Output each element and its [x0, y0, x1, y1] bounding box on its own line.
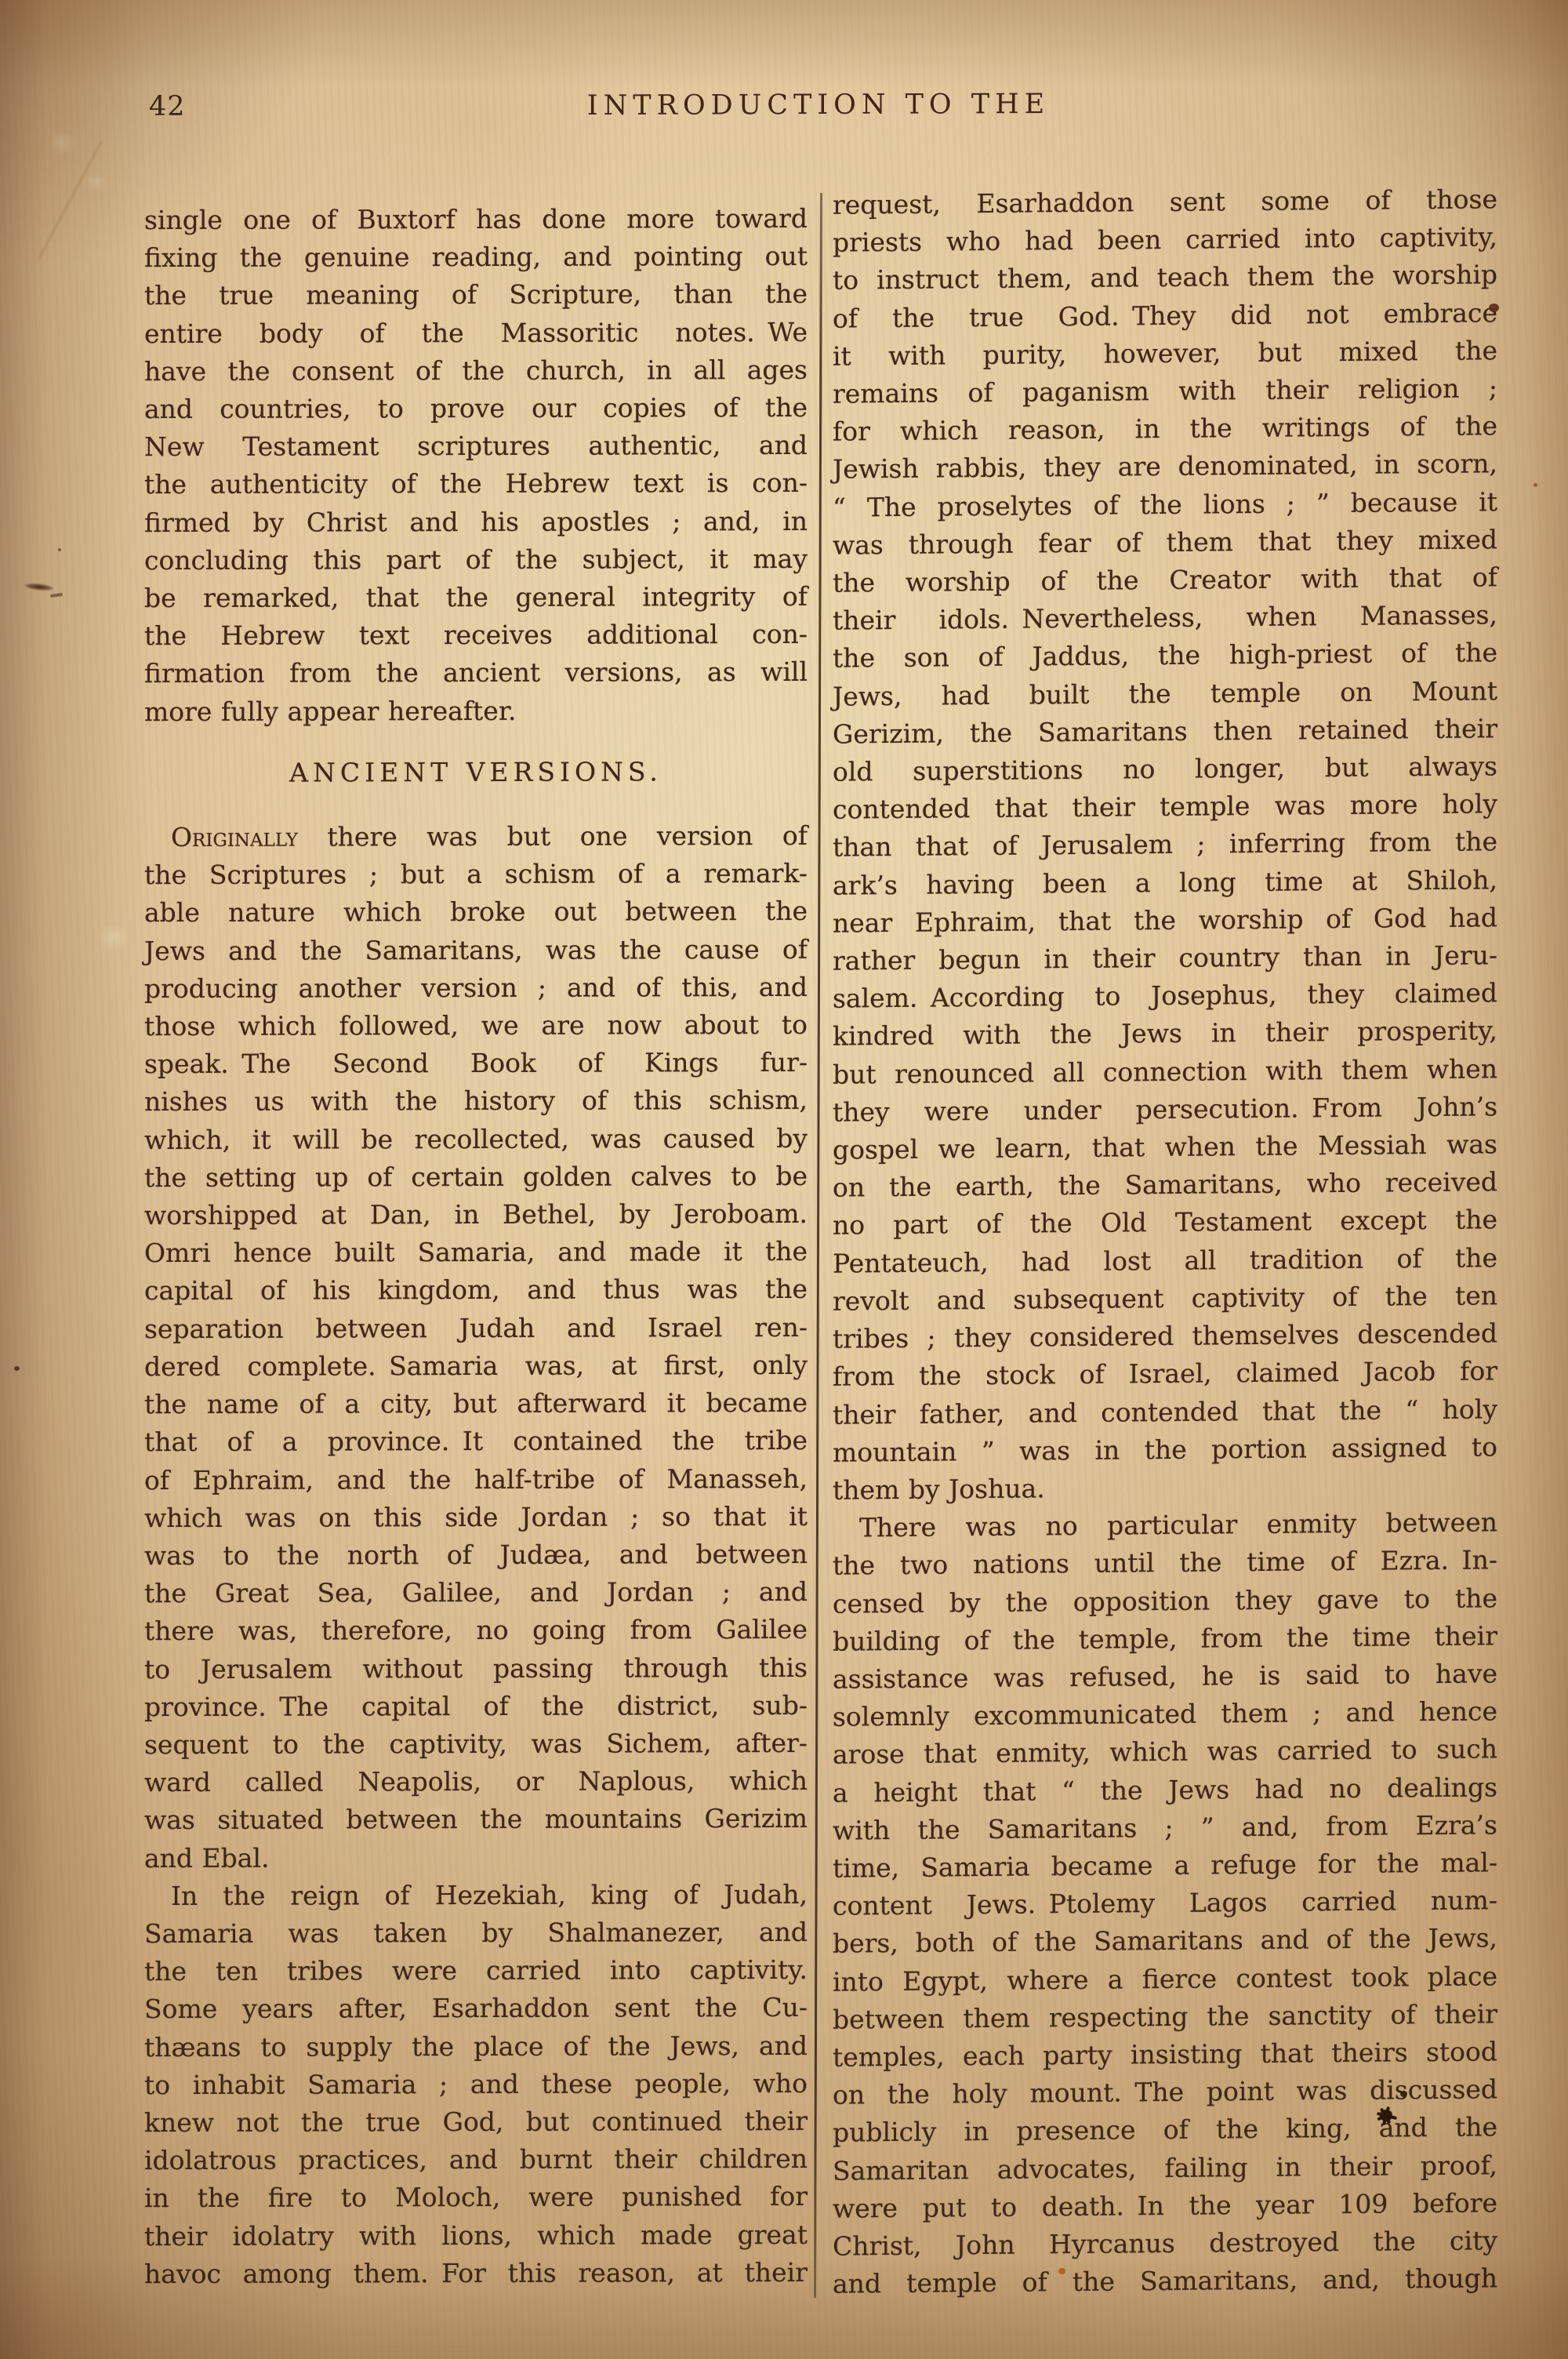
- text-line: to inhabit Samaria ; and these people, w…: [144, 2065, 808, 2104]
- paper-speck-orange: [1058, 2268, 1065, 2274]
- text-line: the Great Sea, Galilee, and Jordan ; and: [144, 1573, 808, 1612]
- text-line: censed by the opposition they gave to th…: [833, 1579, 1497, 1623]
- text-line: speak. The Second Book of Kings fur-: [144, 1044, 808, 1083]
- text-line: old superstitions no longer, but always: [833, 747, 1497, 791]
- paper-crease: [38, 140, 102, 260]
- text-line: those which followed, we are now about t…: [144, 1006, 808, 1045]
- text-line: “ The proselytes of the lions ; ” becaus…: [833, 483, 1497, 527]
- text-line: and countries, to prove our copies of th…: [144, 389, 808, 428]
- text-line: arose that enmity, which was carried to …: [833, 1731, 1497, 1775]
- text-line: havoc among them. For this reason, at th…: [144, 2254, 808, 2293]
- ink-splat-droplet: [1400, 2091, 1407, 2097]
- text-line: bers, both of the Samaritans and of the …: [833, 1920, 1497, 1964]
- text-line: of Ephraim, and the half-tribe of Manass…: [144, 1459, 808, 1499]
- ink-splat: [1370, 2099, 1405, 2133]
- text-line: into Egypt, where a fierce contest took …: [833, 1957, 1497, 2001]
- text-line: near Ephraim, that the worship of God ha…: [833, 899, 1497, 943]
- text-line: ward called Neapolis, or Naplous, which: [144, 1762, 808, 1801]
- text-line: In the reign of Hezekiah, king of Judah,: [144, 1876, 808, 1915]
- text-line: fixing the genuine reading, and pointing…: [144, 238, 808, 277]
- text-line: Some years after, Esarhaddon sent the Cu…: [144, 1989, 808, 2028]
- text-line: was situated between the mountains Geriz…: [144, 1800, 808, 1839]
- book-page: 42 INTRODUCTION TO THE single one of Bux…: [0, 0, 1568, 2359]
- text-line: their idolatry with lions, which made gr…: [144, 2215, 808, 2255]
- text-line: gospel we learn, that when the Messiah w…: [833, 1125, 1497, 1169]
- text-line: salem. According to Josephus, they claim…: [833, 975, 1497, 1019]
- text-line: assistance was refused, he is said to ha…: [833, 1655, 1497, 1699]
- text-line: building of the temple, from the time th…: [833, 1617, 1497, 1661]
- text-line: able nature which broke out between the: [144, 892, 808, 932]
- text-line: than that of Jerusalem ; inferring from …: [833, 823, 1497, 867]
- text-line: capital of his kingdom, and thus was the: [144, 1270, 808, 1310]
- text-line: revolt and subsequent captivity of the t…: [833, 1277, 1497, 1321]
- text-line: New Testament scriptures authentic, and: [144, 427, 808, 466]
- text-line: kindred with the Jews in their prosperit…: [833, 1012, 1497, 1056]
- text-line: Pentateuch, had lost all tradition of th…: [833, 1239, 1497, 1283]
- text-line: and temple of the Samaritans, and, thoug…: [833, 2259, 1497, 2303]
- text-line: was through fear of them that they mixed: [833, 521, 1497, 565]
- text-line: on the earth, the Samaritans, who receiv…: [833, 1164, 1497, 1208]
- text-line: more fully appear hereafter.: [144, 692, 808, 731]
- text-line: concluding this part of the subject, it …: [144, 540, 808, 580]
- ink-smudge-left-margin: [24, 582, 56, 592]
- text-line: single one of Buxtorf has done more towa…: [144, 200, 808, 239]
- text-line: from the stock of Israel, claimed Jacob …: [833, 1353, 1497, 1397]
- left-column: single one of Buxtorf has done more towa…: [144, 200, 808, 2293]
- text-line: Jews and the Samaritans, was the cause o…: [144, 931, 808, 970]
- text-line: thæans to supply the place of the Jews, …: [144, 2026, 808, 2066]
- text-line: in the fire to Moloch, were punished for: [144, 2178, 808, 2217]
- text-line: Omri hence built Samaria, and made it th…: [144, 1233, 808, 1272]
- text-line: between them respecting the sanctity of …: [833, 1995, 1497, 2039]
- text-line: to instruct them, and teach them the wor…: [833, 256, 1497, 300]
- paper-speck: [14, 1366, 20, 1371]
- text-line: the setting up of certain golden calves …: [144, 1158, 808, 1197]
- text-line: time, Samaria became a refuge for the ma…: [833, 1844, 1497, 1888]
- text-line: Jews, had built the temple on Mount: [833, 672, 1497, 716]
- text-line: content Jews. Ptolemy Lagos carried num-: [833, 1881, 1497, 1925]
- text-line: tribes ; they considered themselves desc…: [833, 1314, 1497, 1358]
- text-line: to Jerusalem without passing through thi…: [144, 1648, 808, 1688]
- text-line: the son of Jaddus, the high-priest of th…: [833, 634, 1497, 678]
- ink-smudge-tail: [50, 593, 63, 598]
- right-column: request, Esarhaddon sent some of thosepr…: [833, 180, 1497, 2303]
- text-line: separation between Judah and Israel ren-: [144, 1309, 808, 1348]
- text-line: the worship of the Creator with that of: [833, 558, 1497, 602]
- text-line: contended that their temple was more hol…: [833, 786, 1497, 830]
- column-divider-rule: [814, 193, 822, 2298]
- text-line: firmation from the ancient versions, as …: [144, 653, 808, 692]
- text-line: priests who had been carried into captiv…: [833, 219, 1497, 263]
- text-line: mountain ” was in the portion assigned t…: [833, 1428, 1497, 1472]
- paper-speck: [1489, 304, 1499, 312]
- text-line: the ten tribes were carried into captivi…: [144, 1951, 808, 1990]
- text-line: their idols. Nevertheless, when Manasses…: [833, 597, 1497, 641]
- text-line: There was no particular enmity between: [833, 1503, 1497, 1547]
- text-line: they were under persecution. From John’s: [833, 1088, 1497, 1132]
- text-line: the name of a city, but afterward it bec…: [144, 1384, 808, 1423]
- text-line: them by Joshua.: [833, 1466, 1497, 1510]
- paper-speck: [1091, 428, 1096, 432]
- text-line: temples, each party insisting that their…: [833, 2033, 1497, 2077]
- text-line: there was, therefore, no going from Gali…: [144, 1611, 808, 1650]
- text-line: the Scriptures ; but a schism of a remar…: [144, 855, 808, 894]
- text-line: the Hebrew text receives additional con-: [144, 616, 808, 655]
- text-line: no part of the Old Testament except the: [833, 1201, 1497, 1245]
- paper-speck: [1534, 483, 1537, 487]
- text-line: the two nations until the time of Ezra. …: [833, 1542, 1497, 1586]
- text-line: their father, and contended that the “ h…: [833, 1390, 1497, 1434]
- text-line: a height that “ the Jews had no dealings: [833, 1768, 1497, 1812]
- text-line: worshipped at Dan, in Bethel, by Jeroboa…: [144, 1195, 808, 1234]
- text-line: the true meaning of Scripture, than the: [144, 275, 808, 314]
- text-line: dered complete. Samaria was, at first, o…: [144, 1347, 808, 1386]
- text-line: it with purity, however, but mixed the: [833, 332, 1497, 376]
- text-line: nishes us with the history of this schis…: [144, 1081, 808, 1121]
- text-line: remains of paganism with their religion …: [833, 369, 1497, 413]
- text-line: Originally there was but one version of: [144, 817, 808, 856]
- text-line: for which reason, in the writings of the: [833, 408, 1497, 452]
- text-line: which was on this side Jordan ; so that …: [144, 1498, 808, 1537]
- text-line: producing another version ; and of this,…: [144, 969, 808, 1008]
- text-line: rather begun in their country than in Je…: [833, 936, 1497, 980]
- text-line: were put to death. In the year 109 befor…: [833, 2184, 1497, 2228]
- text-line: solemnly excommunicated them ; and hence: [833, 1692, 1497, 1736]
- text-line: Christ, John Hyrcanus destroyed the city: [833, 2222, 1497, 2266]
- text-line: but renounced all connection with them w…: [833, 1050, 1497, 1094]
- running-title: INTRODUCTION TO THE: [141, 87, 1496, 123]
- text-line: which, it will be recollected, was cause…: [144, 1120, 808, 1159]
- text-line: idolatrous practices, and burnt their ch…: [144, 2140, 808, 2179]
- text-line: ark’s having been a long time at Shiloh,: [833, 861, 1497, 905]
- text-line: Jewish rabbis, they are denominated, in …: [833, 445, 1497, 489]
- text-line: entire body of the Massoritic notes. We: [144, 314, 808, 353]
- text-line: was to the north of Judæa, and between: [144, 1536, 808, 1575]
- text-line: sequent to the captivity, was Sichem, af…: [144, 1725, 808, 1764]
- text-line: knew not the true God, but continued the…: [144, 2103, 808, 2142]
- text-line: Samaria was taken by Shalmanezer, and: [144, 1914, 808, 1953]
- text-line: the authenticity of the Hebrew text is c…: [144, 464, 808, 503]
- text-line: that of a province. It contained the tri…: [144, 1422, 808, 1461]
- smallcaps-word: Originally: [171, 822, 298, 852]
- text-line: Gerizim, the Samaritans then retained th…: [833, 710, 1497, 754]
- section-heading: ANCIENT VERSIONS.: [144, 753, 808, 792]
- text-line: and Ebal.: [144, 1837, 808, 1877]
- text-line: Samaritan advocates, failing in their pr…: [833, 2146, 1497, 2190]
- text-line: firmed by Christ and his apostles ; and,…: [144, 503, 808, 542]
- text-line: with the Samaritans ; ” and, from Ezra’s: [833, 1806, 1497, 1850]
- text-line: have the consent of the church, in all a…: [144, 351, 808, 391]
- text-line: be remarked, that the general integrity …: [144, 578, 808, 617]
- text-line: of the true God. They did not embrace: [833, 294, 1497, 338]
- paper-speck: [58, 548, 61, 551]
- text-line: province. The capital of the district, s…: [144, 1687, 808, 1726]
- text-line: request, Esarhaddon sent some of those: [833, 180, 1497, 224]
